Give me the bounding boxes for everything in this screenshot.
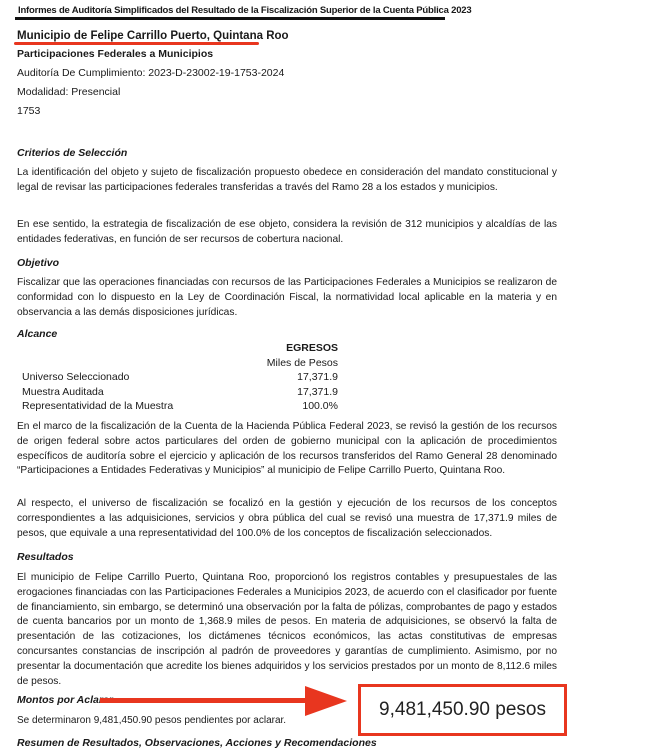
- header-divider: [15, 17, 445, 20]
- audit-modality: Modalidad: Presencial: [17, 86, 120, 98]
- row-value: 17,371.9: [297, 370, 338, 385]
- amount-callout-box: 9,481,450.90 pesos: [358, 684, 567, 736]
- row-label: Muestra Auditada: [22, 385, 104, 400]
- section-heading-objetivo: Objetivo: [17, 257, 59, 269]
- red-arrow-icon: [305, 686, 347, 716]
- section-heading-alcance: Alcance: [17, 328, 57, 340]
- criterios-paragraph-2: En ese sentido, la estrategia de fiscali…: [17, 218, 557, 248]
- montos-paragraph: Se determinaron 9,481,450.90 pesos pendi…: [17, 715, 286, 726]
- section-heading-montos: Montos por Aclarar: [17, 694, 113, 706]
- report-header-title: Informes de Auditoría Simplificados del …: [18, 5, 471, 16]
- section-heading-resultados: Resultados: [17, 551, 74, 563]
- row-label: Representatividad de la Muestra: [22, 399, 173, 414]
- table-row: Muestra Auditada 17,371.9: [22, 385, 338, 400]
- red-arrow-shaft: [100, 698, 310, 703]
- alcance-paragraph-1: En el marco de la fiscalización de la Cu…: [17, 420, 557, 479]
- audit-type: Auditoría De Cumplimiento: 2023-D-23002-…: [17, 67, 284, 79]
- row-value: 17,371.9: [297, 385, 338, 400]
- audit-number: 1753: [17, 105, 40, 117]
- alcance-table: EGRESOS Miles de Pesos Universo Seleccio…: [22, 341, 338, 414]
- entity-name: Municipio de Felipe Carrillo Puerto, Qui…: [17, 30, 289, 42]
- table-subheader: Miles de Pesos: [22, 356, 338, 371]
- table-row: Representatividad de la Muestra 100.0%: [22, 399, 338, 414]
- section-heading-resumen: Resumen de Resultados, Observaciones, Ac…: [17, 737, 377, 749]
- program-name: Participaciones Federales a Municipios: [17, 48, 213, 60]
- objetivo-paragraph: Fiscalizar que las operaciones financiad…: [17, 276, 557, 320]
- table-header: EGRESOS: [22, 341, 338, 356]
- row-label: Universo Seleccionado: [22, 370, 129, 385]
- row-value: 100.0%: [302, 399, 338, 414]
- table-row: Universo Seleccionado 17,371.9: [22, 370, 338, 385]
- red-underline-annotation: [14, 42, 259, 45]
- alcance-paragraph-2: Al respecto, el universo de fiscalizació…: [17, 497, 557, 541]
- section-heading-criterios: Criterios de Selección: [17, 147, 127, 159]
- criterios-paragraph-1: La identificación del objeto y sujeto de…: [17, 166, 557, 196]
- resultados-paragraph: El municipio de Felipe Carrillo Puerto, …: [17, 571, 557, 689]
